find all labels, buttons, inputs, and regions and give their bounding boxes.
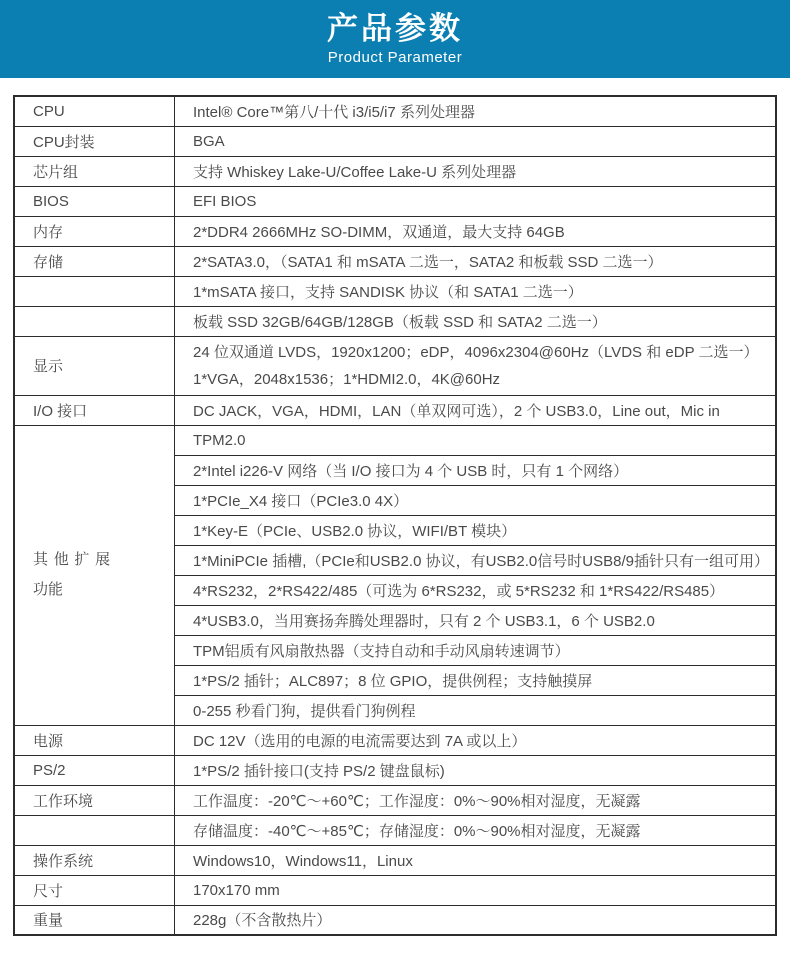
spec-value-cell: Windows10，Windows11，Linux	[175, 845, 777, 875]
spec-value-cell: 2*DDR4 2666MHz SO-DIMM，双通道，最大支持 64GB	[175, 216, 777, 246]
spec-row: I/O 接口DC JACK，VGA，HDMI，LAN（单双网可选），2 个 US…	[14, 395, 776, 425]
spec-value-cell: 4*RS232，2*RS422/485（可选为 6*RS232，或 5*RS23…	[175, 575, 777, 605]
spec-value-cell: 1*PCIe_X4 接口（PCIe3.0 4X）	[175, 485, 777, 515]
spec-label-cell: 芯片组	[14, 156, 175, 186]
spec-value-cell: DC 12V（选用的电源的电流需要达到 7A 或以上）	[175, 725, 777, 755]
page-header-banner: 产品参数 Product Parameter	[0, 0, 790, 78]
spec-row: 尺寸170x170 mm	[14, 875, 776, 905]
spec-row: 显示24 位双通道 LVDS，1920x1200；eDP，4096x2304@6…	[14, 336, 776, 395]
spec-label-line: 功能	[33, 575, 166, 605]
spec-row: CPUIntel® Core™第八/十代 i3/i5/i7 系列处理器	[14, 96, 776, 126]
spec-row: 1*mSATA 接口，支持 SANDISK 协议（和 SATA1 二选一）	[14, 276, 776, 306]
spec-value-cell: 1*PS/2 插针；ALC897；8 位 GPIO，提供例程；支持触摸屏	[175, 665, 777, 695]
spec-value-cell: 工作温度：-20℃～+60℃；工作湿度：0%～90%相对湿度，无凝露	[175, 785, 777, 815]
spec-row: 其他扩展功能TPM2.0	[14, 425, 776, 455]
spec-label-cell: 存储	[14, 246, 175, 276]
spec-value-cell: BGA	[175, 126, 777, 156]
spec-value-cell: 2*Intel i226-V 网络（当 I/O 接口为 4 个 USB 时，只有…	[175, 455, 777, 485]
spec-value-cell: Intel® Core™第八/十代 i3/i5/i7 系列处理器	[175, 96, 777, 126]
spec-value-cell: 支持 Whiskey Lake-U/Coffee Lake-U 系列处理器	[175, 156, 777, 186]
spec-value-line: 1*VGA，2048x1536；1*HDMI2.0，4K@60Hz	[193, 366, 767, 393]
spec-label-cell: PS/2	[14, 755, 175, 785]
spec-label-cell: 尺寸	[14, 875, 175, 905]
spec-row: 电源DC 12V（选用的电源的电流需要达到 7A 或以上）	[14, 725, 776, 755]
spec-label-cell: 重量	[14, 905, 175, 935]
spec-label-cell: BIOS	[14, 186, 175, 216]
spec-row: PS/21*PS/2 插针接口(支持 PS/2 键盘鼠标)	[14, 755, 776, 785]
spec-label-cell: CPU封装	[14, 126, 175, 156]
spec-value-cell: 24 位双通道 LVDS，1920x1200；eDP，4096x2304@60H…	[175, 336, 777, 395]
spec-value-cell: TPM2.0	[175, 425, 777, 455]
spec-value-cell: 228g（不含散热片）	[175, 905, 777, 935]
spec-value-cell: 0-255 秒看门狗，提供看门狗例程	[175, 695, 777, 725]
spec-table-body: CPUIntel® Core™第八/十代 i3/i5/i7 系列处理器CPU封装…	[14, 96, 776, 935]
spec-label-cell: 内存	[14, 216, 175, 246]
spec-row: 芯片组支持 Whiskey Lake-U/Coffee Lake-U 系列处理器	[14, 156, 776, 186]
spec-row: 工作环境工作温度：-20℃～+60℃；工作湿度：0%～90%相对湿度，无凝露	[14, 785, 776, 815]
spec-value-cell: 存储温度：-40℃～+85℃；存储湿度：0%～90%相对湿度，无凝露	[175, 815, 777, 845]
spec-label-cell: CPU	[14, 96, 175, 126]
spec-table: CPUIntel® Core™第八/十代 i3/i5/i7 系列处理器CPU封装…	[13, 95, 777, 936]
spec-value-cell: 1*mSATA 接口，支持 SANDISK 协议（和 SATA1 二选一）	[175, 276, 777, 306]
page-subtitle: Product Parameter	[328, 49, 462, 66]
spec-value-cell: 4*USB3.0，当用赛扬奔腾处理器时，只有 2 个 USB3.1，6 个 US…	[175, 605, 777, 635]
spec-label-cell: 工作环境	[14, 785, 175, 815]
spec-label-cell: 电源	[14, 725, 175, 755]
spec-value-cell: 1*PS/2 插针接口(支持 PS/2 键盘鼠标)	[175, 755, 777, 785]
spec-row: 存储2*SATA3.0，（SATA1 和 mSATA 二选一，SATA2 和板载…	[14, 246, 776, 276]
spec-row: 内存2*DDR4 2666MHz SO-DIMM，双通道，最大支持 64GB	[14, 216, 776, 246]
spec-label-cell	[14, 306, 175, 336]
spec-label-cell: 显示	[14, 336, 175, 395]
spec-group-label-cell: 其他扩展功能	[14, 425, 175, 725]
spec-row: 重量228g（不含散热片）	[14, 905, 776, 935]
spec-value-cell: DC JACK，VGA，HDMI，LAN（单双网可选），2 个 USB3.0，L…	[175, 395, 777, 425]
spec-value-cell: 板载 SSD 32GB/64GB/128GB（板载 SSD 和 SATA2 二选…	[175, 306, 777, 336]
spec-value-cell: EFI BIOS	[175, 186, 777, 216]
spec-row: 操作系统Windows10，Windows11，Linux	[14, 845, 776, 875]
spec-value-line: 24 位双通道 LVDS，1920x1200；eDP，4096x2304@60H…	[193, 339, 767, 366]
page-title: 产品参数	[327, 12, 463, 46]
spec-value-cell: 170x170 mm	[175, 875, 777, 905]
spec-row: BIOSEFI BIOS	[14, 186, 776, 216]
spec-row: 板载 SSD 32GB/64GB/128GB（板载 SSD 和 SATA2 二选…	[14, 306, 776, 336]
spec-label-cell: I/O 接口	[14, 395, 175, 425]
spec-label-line: 其他扩展	[33, 545, 166, 575]
spec-value-cell: 1*Key-E（PCIe、USB2.0 协议，WIFI/BT 模块）	[175, 515, 777, 545]
spec-label-cell	[14, 276, 175, 306]
spec-value-cell: 1*MiniPCIe 插槽,（PCIe和USB2.0 协议，有USB2.0信号时…	[175, 545, 777, 575]
spec-label-cell: 操作系统	[14, 845, 175, 875]
spec-value-cell: TPM铝质有风扇散热器（支持自动和手动风扇转速调节）	[175, 635, 777, 665]
spec-label-cell	[14, 815, 175, 845]
spec-value-cell: 2*SATA3.0，（SATA1 和 mSATA 二选一，SATA2 和板载 S…	[175, 246, 777, 276]
spec-row: 存储温度：-40℃～+85℃；存储湿度：0%～90%相对湿度，无凝露	[14, 815, 776, 845]
spec-row: CPU封装BGA	[14, 126, 776, 156]
